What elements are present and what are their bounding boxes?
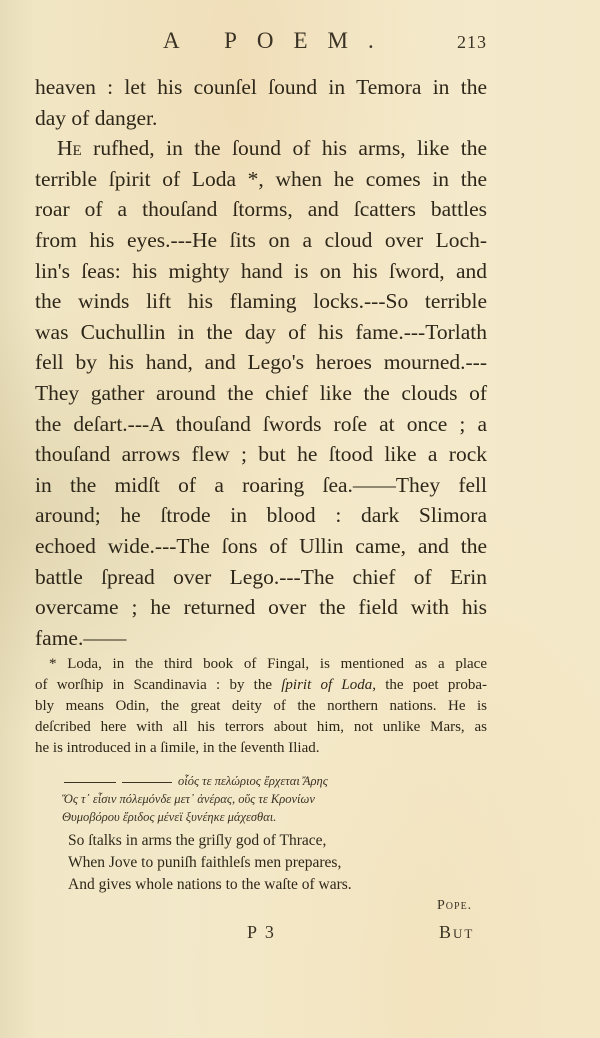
greek-line: οἷός τε πελώριος ἔρχεται Ἄρης [62, 772, 422, 790]
text-line: thouſand arrows flew ; but he ſtood like… [35, 439, 487, 470]
verse-line: So ſtalks in arms the griſly god of Thra… [68, 830, 352, 852]
footnote-italic-phrase: ſpirit of Loda, [281, 677, 376, 693]
paragraph-start-line: He rufhed, in the ſound of his arms, lik… [35, 133, 487, 164]
footnote-line-tail: the poet proba- [376, 677, 487, 693]
body-text: heaven : let his counſel ſound in Temora… [35, 72, 487, 653]
text-line: around; he ſtrode in blood : dark Slimor… [35, 500, 487, 531]
catchword: But [439, 922, 474, 943]
footnote-line-head: of worſhip in Scandinavia : by the [35, 677, 272, 693]
running-title: A POEM. [163, 28, 394, 54]
verse-translation: So ſtalks in arms the griſly god of Thra… [68, 830, 352, 896]
footnote: * Loda, in the third book of Fingal, is … [35, 654, 487, 759]
text-line: lin's ſeas: his mighty hand is on his ſw… [35, 256, 487, 287]
text-line: They gather around the chief like the cl… [35, 378, 487, 409]
text-line: roar of a thouſand ſtorms, and ſcatters … [35, 194, 487, 225]
verse-attribution: Pope. [437, 898, 472, 914]
text-line: day of danger. [35, 103, 487, 134]
greek-quotation: οἷός τε πελώριος ἔρχεται Ἄρης Ὅς τ᾽ εἶσι… [62, 772, 422, 826]
running-head: A POEM. 213 [35, 28, 487, 58]
verse-line: And gives whole nations to the waſte of … [68, 874, 352, 896]
greek-line: Θυμοβόρου ἔριδος μένεϊ ξυνέηκε μάχεσθαι. [62, 808, 422, 826]
book-page: A POEM. 213 heaven : let his counſel ſou… [0, 0, 600, 1038]
paragraph-lead-word: He [57, 136, 82, 160]
text-line: fame.—— [35, 623, 487, 654]
footnote-line: he is introduced in a ſimile, in the ſev… [35, 738, 487, 759]
text-line: echoed wide.---The ſons of Ullin came, a… [35, 531, 487, 562]
text-line: in the midſt of a roaring ſea.——They fel… [35, 470, 487, 501]
greek-line: Ὅς τ᾽ εἶσιν πόλεμόνδε μετ᾽ ἀνέρας, οὕς τ… [62, 790, 422, 808]
footnote-line-with-italic: of worſhip in Scandinavia : by the ſpiri… [35, 675, 487, 696]
dash-rule [122, 782, 172, 783]
text-line: battle ſpread over Lego.---The chief of … [35, 562, 487, 593]
text-line: the winds lift his flaming locks.---So t… [35, 286, 487, 317]
signature-mark: P 3 [247, 922, 276, 943]
text-line: heaven : let his counſel ſound in Temora… [35, 72, 487, 103]
page-number: 213 [457, 32, 487, 53]
text-line-rest: rufhed, in the ſound of his arms, like t… [93, 136, 487, 160]
footnote-line: deſcribed here with all his terrors abou… [35, 717, 487, 738]
text-line: terrible ſpirit of Loda *, when he comes… [35, 164, 487, 195]
text-line: was Cuchullin in the day of his fame.---… [35, 317, 487, 348]
footnote-line: bly means Odin, the great deity of the n… [35, 696, 487, 717]
text-line: overcame ; he returned over the field wi… [35, 592, 487, 623]
text-line: the deſart.---A thouſand ſwords roſe at … [35, 409, 487, 440]
footnote-line: * Loda, in the third book of Fingal, is … [35, 654, 487, 675]
text-line: fell by his hand, and Lego's heroes mour… [35, 347, 487, 378]
verse-line: When Jove to puniſh faithleſs men prepar… [68, 852, 352, 874]
dash-rule [64, 782, 116, 783]
greek-text: οἷός τε πελώριος ἔρχεται Ἄρης [178, 774, 328, 788]
text-line: from his eyes.---He ſits on a cloud over… [35, 225, 487, 256]
